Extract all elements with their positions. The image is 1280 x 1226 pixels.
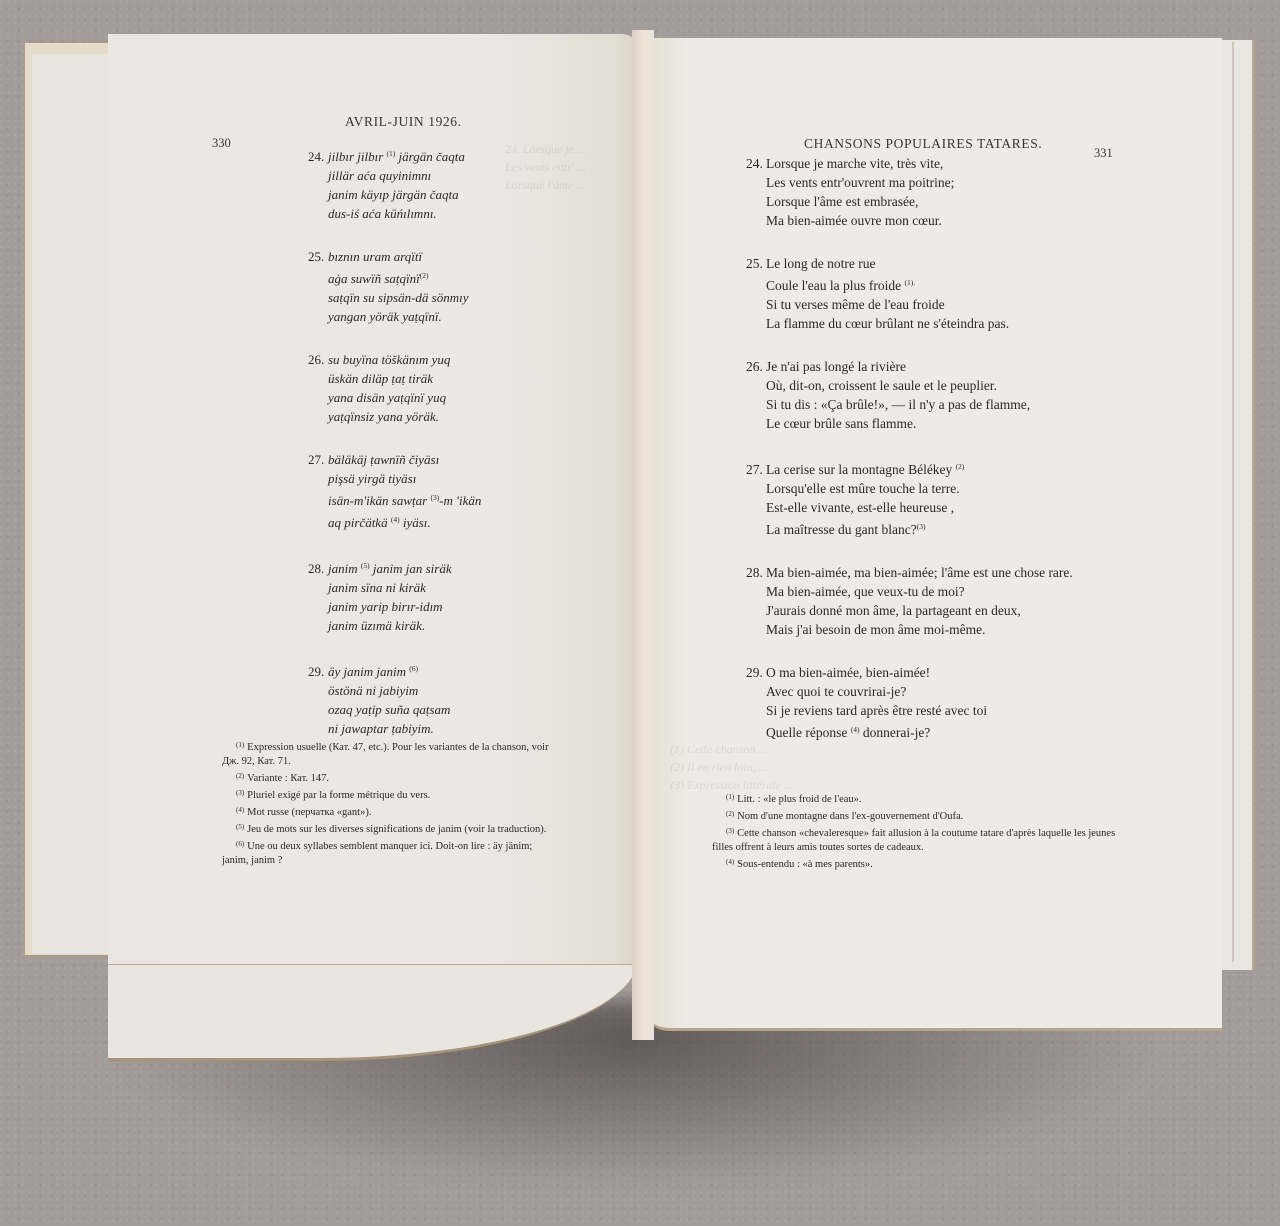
stanza-24-french: 24.Lorsque je marche vite, très vite, Le… <box>746 154 1073 230</box>
footnotes-left: (1)Expression usuelle (Кат. 47, etc.). P… <box>222 738 557 868</box>
footnote: (3)Pluriel exigé par la forme métrique d… <box>222 786 557 803</box>
footnote: (4)Mot russe (перчатка «gant»). <box>222 803 557 820</box>
french-verses: 24.Lorsque je marche vite, très vite, Le… <box>746 154 1073 766</box>
footnote: (5)Jeu de mots sur les diverses signific… <box>222 820 557 837</box>
running-head-right: CHANSONS POPULAIRES TATARES. <box>804 136 1042 152</box>
footnote: (2)Nom d'une montagne dans l'ex-gouverne… <box>712 807 1117 824</box>
right-page-stack-edge <box>1222 40 1254 970</box>
flyleaf-left <box>32 54 112 954</box>
page-number-left: 330 <box>212 136 231 151</box>
stanza-26-french: 26.Je n'ai pas longé la rivière Où, dit-… <box>746 357 1073 433</box>
stanza-25-tatar: 25.bıznın uram arqïtï aġa suwïñ saṭqïnï(… <box>308 247 481 326</box>
footnote: (4)Sous-entendu : «à mes parents». <box>712 855 1117 872</box>
stanza-24-tatar: 24.jilbır jilbır (1) järgän čaqta jillär… <box>308 144 481 223</box>
footnote: (6)Une ou deux syllabes semblent manquer… <box>222 837 557 868</box>
running-head-left: AVRIL-JUIN 1926. <box>345 114 462 130</box>
stanza-28-french: 28.Ma bien-aimée, ma bien-aimée; l'âme e… <box>746 563 1073 639</box>
footnote: (2)Variante : Кат. 147. <box>222 769 557 786</box>
bleed-through-text: 24. Lorsque je ...Les vents entr' ...Lor… <box>505 140 586 194</box>
stanza-27-french: 27.La cerise sur la montagne Bélékey (2)… <box>746 457 1073 539</box>
stanza-26-tatar: 26.su buyïna töškänım yuq üskän diläp ṭa… <box>308 350 481 426</box>
stanza-25-french: 25.Le long de notre rue Coule l'eau la p… <box>746 254 1073 333</box>
page-number-right: 331 <box>1094 146 1113 161</box>
stanza-29-french: 29.O ma bien-aimée, bien-aimée! Avec quo… <box>746 663 1073 742</box>
stanza-29-tatar: 29.äy janim janim (6) östönä ni jabiyim … <box>308 659 481 738</box>
footnotes-right: (1)Litt. : «le plus froid de l'eau». (2)… <box>712 790 1117 872</box>
footnote: (1)Litt. : «le plus froid de l'eau». <box>712 790 1117 807</box>
book-gutter <box>632 30 654 1040</box>
tatar-verses: 24.jilbır jilbır (1) järgän čaqta jillär… <box>308 144 481 762</box>
right-page-stack-line <box>1232 42 1234 962</box>
stanza-27-tatar: 27.bäläkäj ṭawnïñ čiyäsı pişsä yirgä tiy… <box>308 450 481 532</box>
footnote: (3)Cette chanson «chevaleresque» fait al… <box>712 824 1117 855</box>
stanza-28-tatar: 28.janim (5) janim jan siräk janim sïna … <box>308 556 481 635</box>
footnote: (1)Expression usuelle (Кат. 47, etc.). P… <box>222 738 557 769</box>
